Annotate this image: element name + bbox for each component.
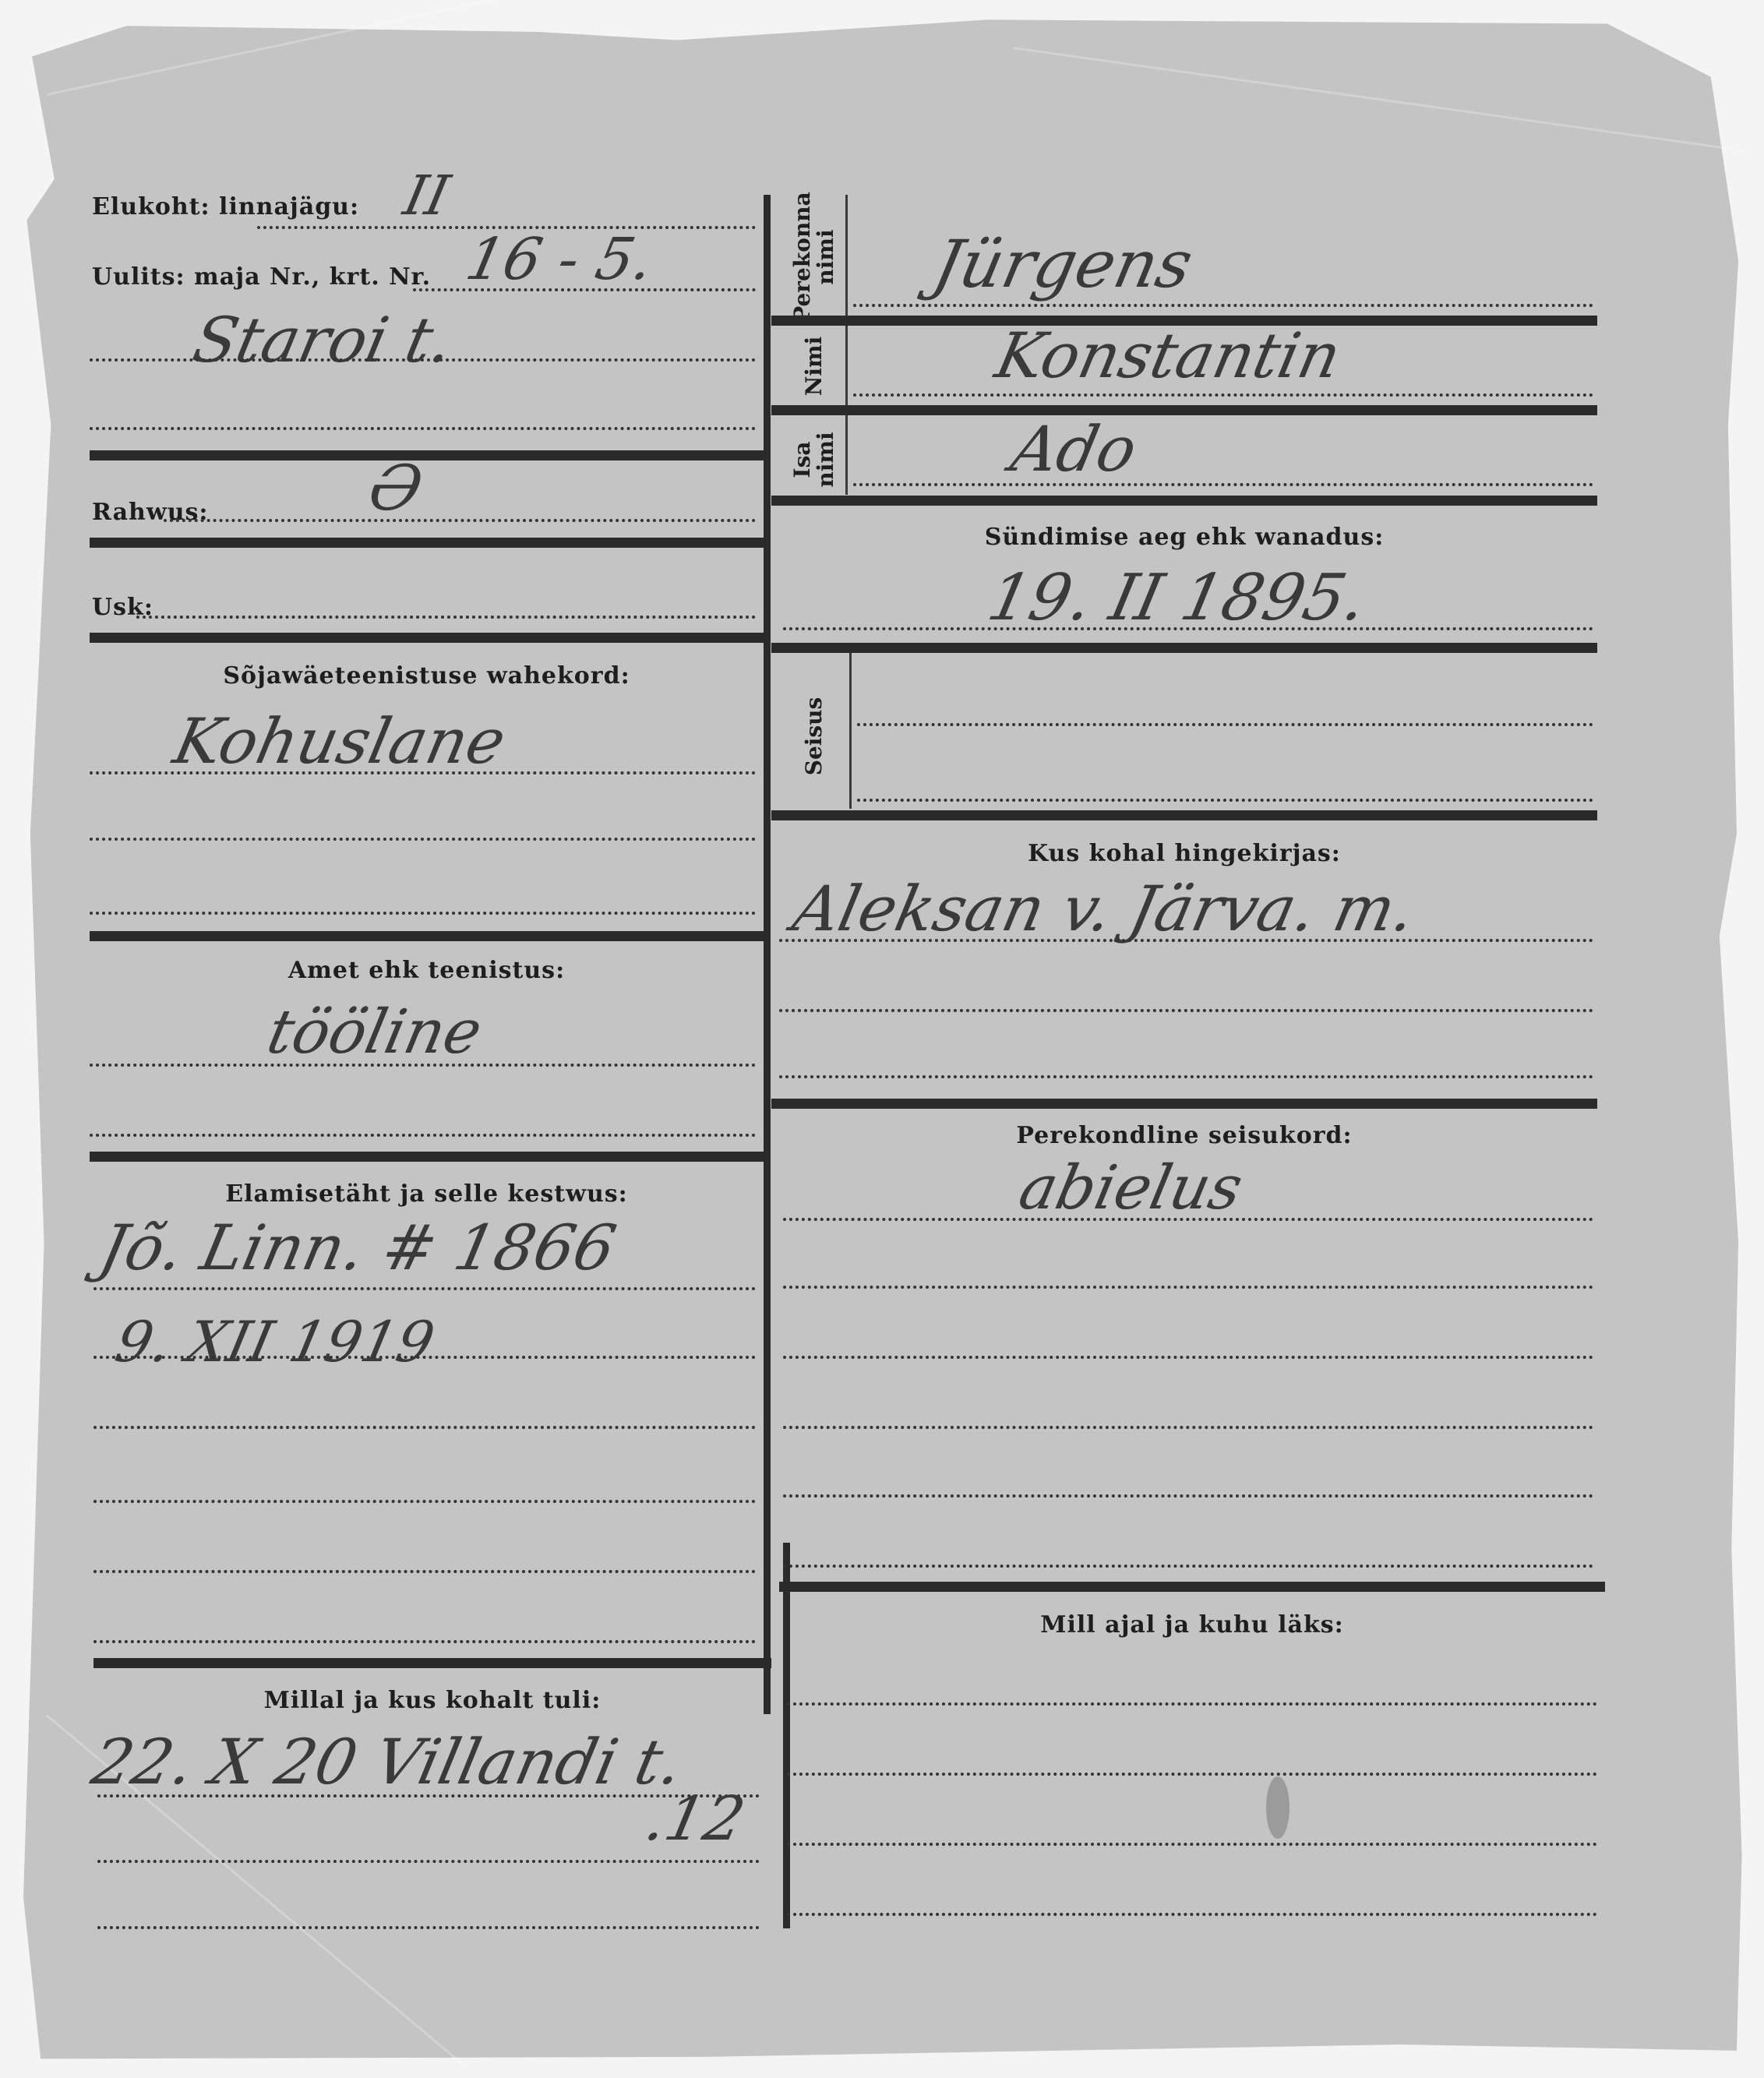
dotted-line xyxy=(783,627,1593,630)
dotted-line xyxy=(783,1565,1593,1568)
isa-nimi-side-label: Isa nimi xyxy=(791,417,838,503)
dotted-line xyxy=(783,1494,1593,1498)
dotted-line xyxy=(164,519,756,522)
elamisetaht-value-line1: Jõ. Linn. # 1866 xyxy=(93,1212,622,1284)
column-divider xyxy=(764,195,771,1714)
dotted-line xyxy=(93,1356,756,1359)
uulits-number-value: 16 - 5. xyxy=(460,226,659,293)
millal-tuli-value-line2: .12 xyxy=(639,1784,750,1854)
dotted-line xyxy=(90,771,756,774)
hingekirjas-label: Kus kohal hingekirjas: xyxy=(771,840,1597,867)
dotted-line xyxy=(90,1064,756,1067)
dotted-line xyxy=(853,393,1593,397)
dotted-line xyxy=(783,1356,1593,1359)
section-divider xyxy=(93,1658,771,1668)
perekondline-label: Perekondline seisukord: xyxy=(771,1122,1597,1149)
dotted-line xyxy=(93,1287,756,1290)
dotted-line xyxy=(779,1075,1593,1078)
dotted-line xyxy=(787,1913,1597,1916)
millal-lahks-label: Mill ajal ja kuhu läks: xyxy=(779,1611,1605,1639)
section-divider xyxy=(90,1152,764,1162)
dotted-line xyxy=(853,483,1593,486)
section-divider xyxy=(771,1099,1597,1109)
elamisetaht-value-line2: 9. XII 1919 xyxy=(110,1309,440,1374)
ink-smudge xyxy=(1266,1776,1289,1839)
dotted-line xyxy=(787,1702,1597,1706)
section-divider xyxy=(90,931,764,941)
dotted-line xyxy=(779,939,1593,942)
section-divider xyxy=(771,810,1597,820)
dotted-line xyxy=(779,1009,1593,1012)
amet-value: tööline xyxy=(261,997,488,1067)
dotted-line xyxy=(787,1843,1597,1846)
uulits-label: Uulits: maja Nr., krt. Nr. xyxy=(92,263,431,291)
nimi-side-label: Nimi xyxy=(803,319,826,413)
dotted-line xyxy=(783,1286,1593,1289)
dotted-line xyxy=(93,1640,756,1643)
dotted-line xyxy=(90,912,756,915)
dotted-line xyxy=(787,1773,1597,1776)
elukoht-label: Elukoht: linnajägu: xyxy=(92,193,359,221)
section-divider xyxy=(90,538,764,548)
dotted-line xyxy=(97,1860,760,1863)
side-label-divider xyxy=(849,653,852,809)
section-divider xyxy=(771,496,1597,506)
isa-nimi-value: Ado xyxy=(1005,413,1143,485)
section-divider xyxy=(771,405,1597,415)
dotted-line xyxy=(90,1134,756,1137)
sojawae-label: Sõjawäeteenistuse wahekord: xyxy=(90,662,764,690)
section-divider xyxy=(779,1582,1605,1592)
section-divider xyxy=(771,643,1597,653)
dotted-line xyxy=(853,304,1593,307)
side-label-divider xyxy=(845,195,848,495)
dotted-line xyxy=(90,838,756,841)
nimi-value: Konstantin xyxy=(990,319,1347,392)
sundimise-value: 19. II 1895. xyxy=(982,561,1373,635)
dotted-line xyxy=(93,1570,756,1573)
uulits-street-value: Staroi t. xyxy=(187,304,459,376)
dotted-line xyxy=(97,1926,760,1929)
dotted-line xyxy=(136,616,756,619)
millal-tuli-value-line1: 22. X 20 Villandi t. xyxy=(86,1726,689,1798)
dotted-line xyxy=(93,1500,756,1503)
section-divider xyxy=(90,633,764,643)
seisus-side-label: Seisus xyxy=(803,686,826,787)
perekondline-value: abielus xyxy=(1013,1153,1248,1223)
millal-tuli-label: Millal ja kus kohalt tuli: xyxy=(93,1687,771,1714)
dotted-line xyxy=(857,723,1593,726)
sundimise-label: Sündimise aeg ehk wanadus: xyxy=(771,524,1597,551)
dotted-line xyxy=(90,358,756,362)
dotted-line xyxy=(783,1426,1593,1429)
dotted-line xyxy=(93,1426,756,1429)
dotted-line xyxy=(783,1218,1593,1221)
hingekirjas-value: Aleksan v. Järva. m. xyxy=(787,873,1421,945)
amet-label: Amet ehk teenistus: xyxy=(90,957,764,984)
dotted-line xyxy=(90,427,756,430)
sojawae-value: Kohuslane xyxy=(168,705,512,778)
perekonna-nimi-value: Jürgens xyxy=(927,226,1199,302)
elamisetaht-label: Elamisetäht ja selle kestwus: xyxy=(90,1180,764,1208)
column-divider-lower xyxy=(783,1543,790,1928)
dotted-line xyxy=(857,799,1593,802)
